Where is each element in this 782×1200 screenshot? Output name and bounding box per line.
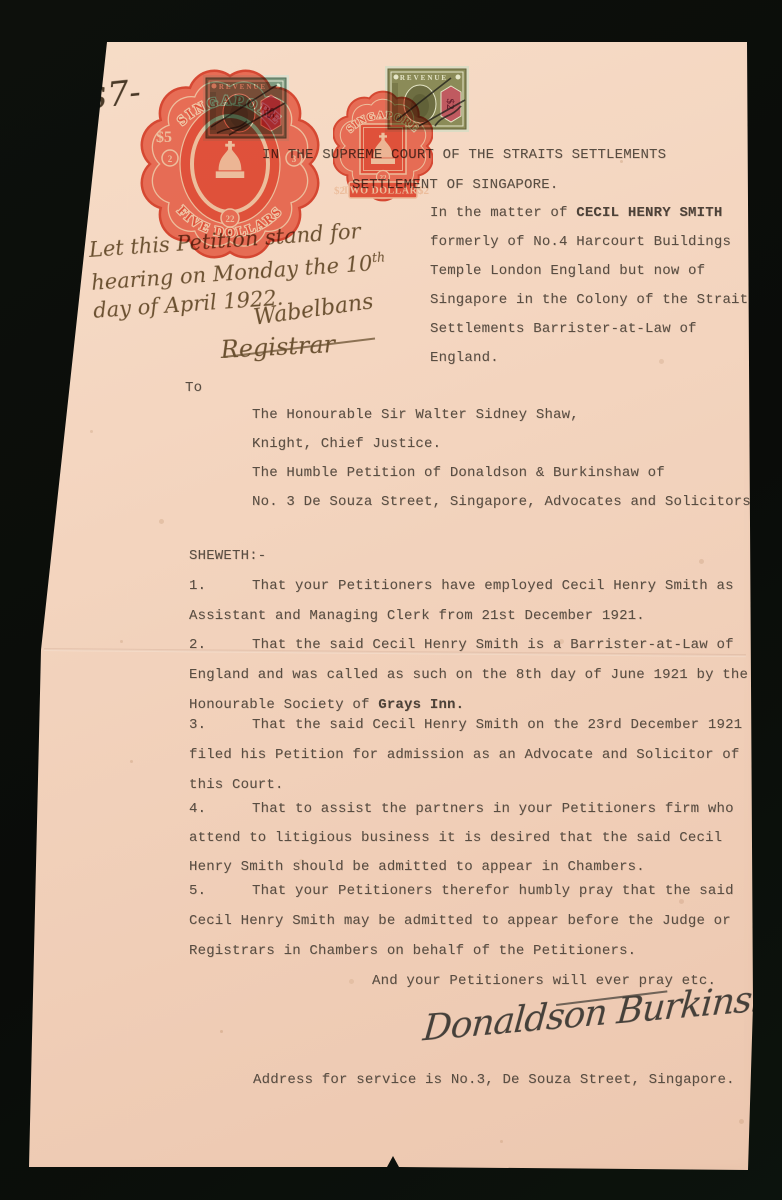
para-number: 1. [189, 571, 252, 601]
die-value-left: $2 [334, 185, 346, 197]
petition-paragraph-3: 3.That the said Cecil Henry Smith on the… [189, 710, 742, 800]
die-value-right: $2 [418, 185, 430, 197]
photograph-background: $7- IN THE SUPREME COURT OF THE STRAITS … [0, 0, 782, 1200]
para-number: 5. [189, 876, 252, 906]
five-dollar-embossed-die: SINGAPORE FIVE DOLLARS $5 2 3 22 [140, 66, 320, 262]
para-text: That your Petitioners therefor humbly pr… [252, 883, 734, 899]
para-line: England and was called as such on the 8t… [189, 660, 748, 690]
petitioner-name: CECIL HENRY SMITH [576, 205, 722, 221]
ordinal-superscript: th [371, 249, 385, 265]
addressee-line: The Humble Petition of Donaldson & Burki… [252, 459, 759, 488]
para-line: 5.That your Petitioners therefor humbly … [189, 876, 734, 906]
address-for-service: Address for service is No.3, De Souza St… [253, 1072, 735, 1088]
sheweth-heading: SHEWETH:- [189, 548, 266, 564]
para-line: 1.That your Petitioners have employed Ce… [189, 571, 734, 601]
para-line: Cecil Henry Smith may be admitted to app… [189, 906, 734, 936]
registrar-title: Registrar [220, 330, 336, 364]
para-line: 4.That to assist the partners in your Pe… [189, 795, 734, 824]
addressee-block: The Honourable Sir Walter Sidney Shaw, K… [252, 401, 759, 517]
court-heading-line1: IN THE SUPREME COURT OF THE STRAITS SETT… [262, 147, 666, 163]
paper-foxing-speckles [0, 0, 3, 3]
die-serial: 22 [226, 214, 236, 224]
petition-paragraph-2: 2.That the said Cecil Henry Smith is a B… [189, 630, 748, 720]
addressee-to: To [185, 380, 202, 396]
matter-line: In the matter of CECIL HENRY SMITH [430, 199, 757, 228]
die-serial: 22 [380, 174, 388, 182]
para-number: 2. [189, 630, 252, 660]
revenue-label: REVENUE [400, 74, 448, 82]
para-line: 2.That the said Cecil Henry Smith is a B… [189, 630, 748, 660]
para-text: That the said Cecil Henry Smith is a Bar… [252, 637, 734, 653]
matter-line: England. [430, 344, 757, 373]
addressee-line: The Honourable Sir Walter Sidney Shaw, [252, 401, 759, 430]
matter-line: formerly of No.4 Harcourt Buildings [430, 228, 757, 257]
para-number: 4. [189, 795, 252, 824]
addressee-line: Knight, Chief Justice. [252, 430, 759, 459]
para-line: Assistant and Managing Clerk from 21st D… [189, 601, 734, 631]
die-denomination: TWO DOLLARS [343, 186, 424, 197]
petition-paragraph-5: 5.That your Petitioners therefor humbly … [189, 876, 734, 966]
petition-document-page: $7- IN THE SUPREME COURT OF THE STRAITS … [0, 0, 782, 1200]
matter-line1-prefix: In the matter of [430, 205, 576, 221]
matter-paragraph: In the matter of CECIL HENRY SMITH forme… [430, 199, 757, 373]
matter-line: Singapore in the Colony of the Straits [430, 286, 757, 315]
para-line: attend to litigious business it is desir… [189, 824, 734, 853]
para-text: That your Petitioners have employed Ceci… [252, 578, 734, 594]
addressee-line: No. 3 De Souza Street, Singapore, Advoca… [252, 488, 759, 517]
para-text: That to assist the partners in your Peti… [252, 801, 734, 817]
two-dollar-embossed-die: SINGAPORE 22 TWO DOLLARS $2 $2 [333, 90, 433, 212]
handwritten-fee-note: $7- [84, 72, 143, 118]
die-value: $5 [156, 129, 172, 146]
die-left-number: 2 [168, 154, 173, 164]
matter-line: Temple London England but now of [430, 257, 757, 286]
para-text: That the said Cecil Henry Smith on the 2… [252, 717, 742, 733]
petition-paragraph-1: 1.That your Petitioners have employed Ce… [189, 571, 734, 631]
para-line: filed his Petition for admission as an A… [189, 740, 742, 770]
para-number: 3. [189, 710, 252, 740]
petition-paragraph-4: 4.That to assist the partners in your Pe… [189, 795, 734, 882]
die-right-number: 3 [292, 154, 297, 164]
matter-line: Settlements Barrister-at-Law of [430, 315, 757, 344]
para-line: Registrars in Chambers on behalf of the … [189, 936, 734, 966]
para-line: 3.That the said Cecil Henry Smith on the… [189, 710, 742, 740]
